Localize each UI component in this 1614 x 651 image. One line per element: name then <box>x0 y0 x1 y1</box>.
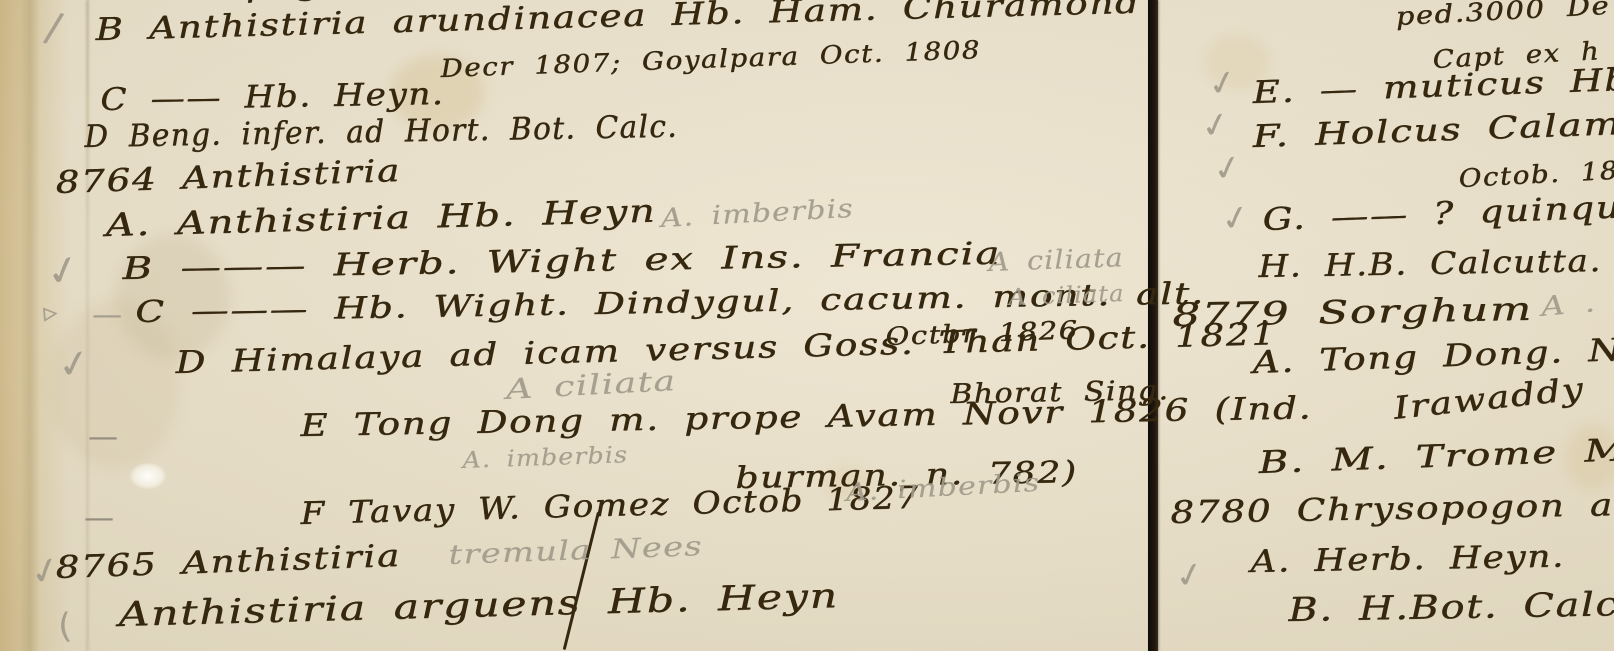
margin-arrow: ▹ <box>42 297 60 328</box>
margin-checkmark: ✓ <box>55 342 94 387</box>
entry-8779-b: B. M. Trome M <box>1258 434 1614 479</box>
entry-8764-e: E Tong Dong m. prope Avam Novr 1826 (Ind… <box>300 392 1312 442</box>
margin-checkmark: ✓ <box>1210 149 1246 190</box>
margin-dash: — <box>84 503 115 535</box>
pencil-note-ciliata-2: A ciliata <box>1008 282 1125 310</box>
ink-flourish-stroke <box>563 512 600 651</box>
entry-g-quinqu: G. —— ? quinqu <box>1262 191 1614 236</box>
margin-checkmark: ✓ <box>42 247 86 296</box>
entry-ped-3000: ped.3000 De <box>1395 0 1611 30</box>
entry-octob-18: Octob. 18 <box>1458 158 1614 193</box>
entry-b-arundinacea: B Anthistiria arundinacea Hb. Ham. Chura… <box>95 0 1141 47</box>
correction-spot <box>130 463 166 489</box>
entry-h-hb-calcutta: H. H.B. Calcutta. <box>1258 245 1602 284</box>
entry-f-holcus: F. Holcus Calamu <box>1252 107 1614 153</box>
entry-8780-b: B. H.Bot. Calc. <box>1288 587 1614 628</box>
pencil-note-ciliata-3: A ciliata <box>505 366 677 404</box>
entry-8765-heading: 8765 Anthistiria <box>55 540 401 585</box>
entry-date-interline: Decr 1807; Goyalpara Oct. 1808 <box>440 37 981 82</box>
entry-8780-heading: 8780 Chrysopogon a <box>1170 489 1614 529</box>
entry-8764-f: F Tavay W. Gomez Octob 1827 <box>300 482 920 531</box>
margin-checkmark: ✓ <box>1218 199 1254 240</box>
entry-8780-a: A. Herb. Heyn. <box>1250 541 1565 579</box>
manuscript-page: page B Anthistiria arundinacea Hb. Ham. … <box>0 0 1614 651</box>
margin-checkmark: ✓ <box>1172 556 1208 597</box>
entry-8764-a: A. Anthistiria Hb. Heyn <box>105 195 657 243</box>
entry-8764-b: B ——— Herb. Wight ex Ins. Francia <box>122 238 1001 286</box>
entry-d-beng-infer: D Beng. infer. ad Hort. Bot. Calc. <box>84 111 678 154</box>
pencil-note-imberbis-1: A. imberbis <box>660 196 854 233</box>
entry-8764-heading: 8764 Anthistiria <box>55 155 401 200</box>
margin-checkmark: ✓ <box>1198 106 1234 147</box>
margin-dash: — <box>88 422 119 454</box>
pencil-note-ciliata-1: A ciliata <box>988 245 1124 277</box>
margin-paren: ( <box>57 609 74 646</box>
pencil-note-sorghum: A . <box>1540 289 1597 322</box>
entry-8765-a: Anthistiria arguens Hb. Heyn <box>118 579 839 634</box>
entry-8779-heading: 8779 Sorghum <box>1172 293 1533 333</box>
entry-8764-d: D Himalaya ad icam versus Goss. Than Oct… <box>175 318 1277 379</box>
margin-stroke: / <box>42 6 66 50</box>
entry-e-muticus: E. — muticus Hb. <box>1252 63 1614 109</box>
margin-checkmark: ✓ <box>1205 64 1241 105</box>
entry-c-hb-heyn: C —— Hb. Heyn. <box>100 78 445 117</box>
entry-irawaddy: Irawaddy <box>1392 373 1586 425</box>
pencil-note-imberbis-2: A. imberbis <box>462 443 628 473</box>
pencil-note-tremula: tremula Nees <box>448 533 703 570</box>
margin-dash: — <box>92 300 123 332</box>
cropped-line-fragment: page <box>245 0 348 3</box>
